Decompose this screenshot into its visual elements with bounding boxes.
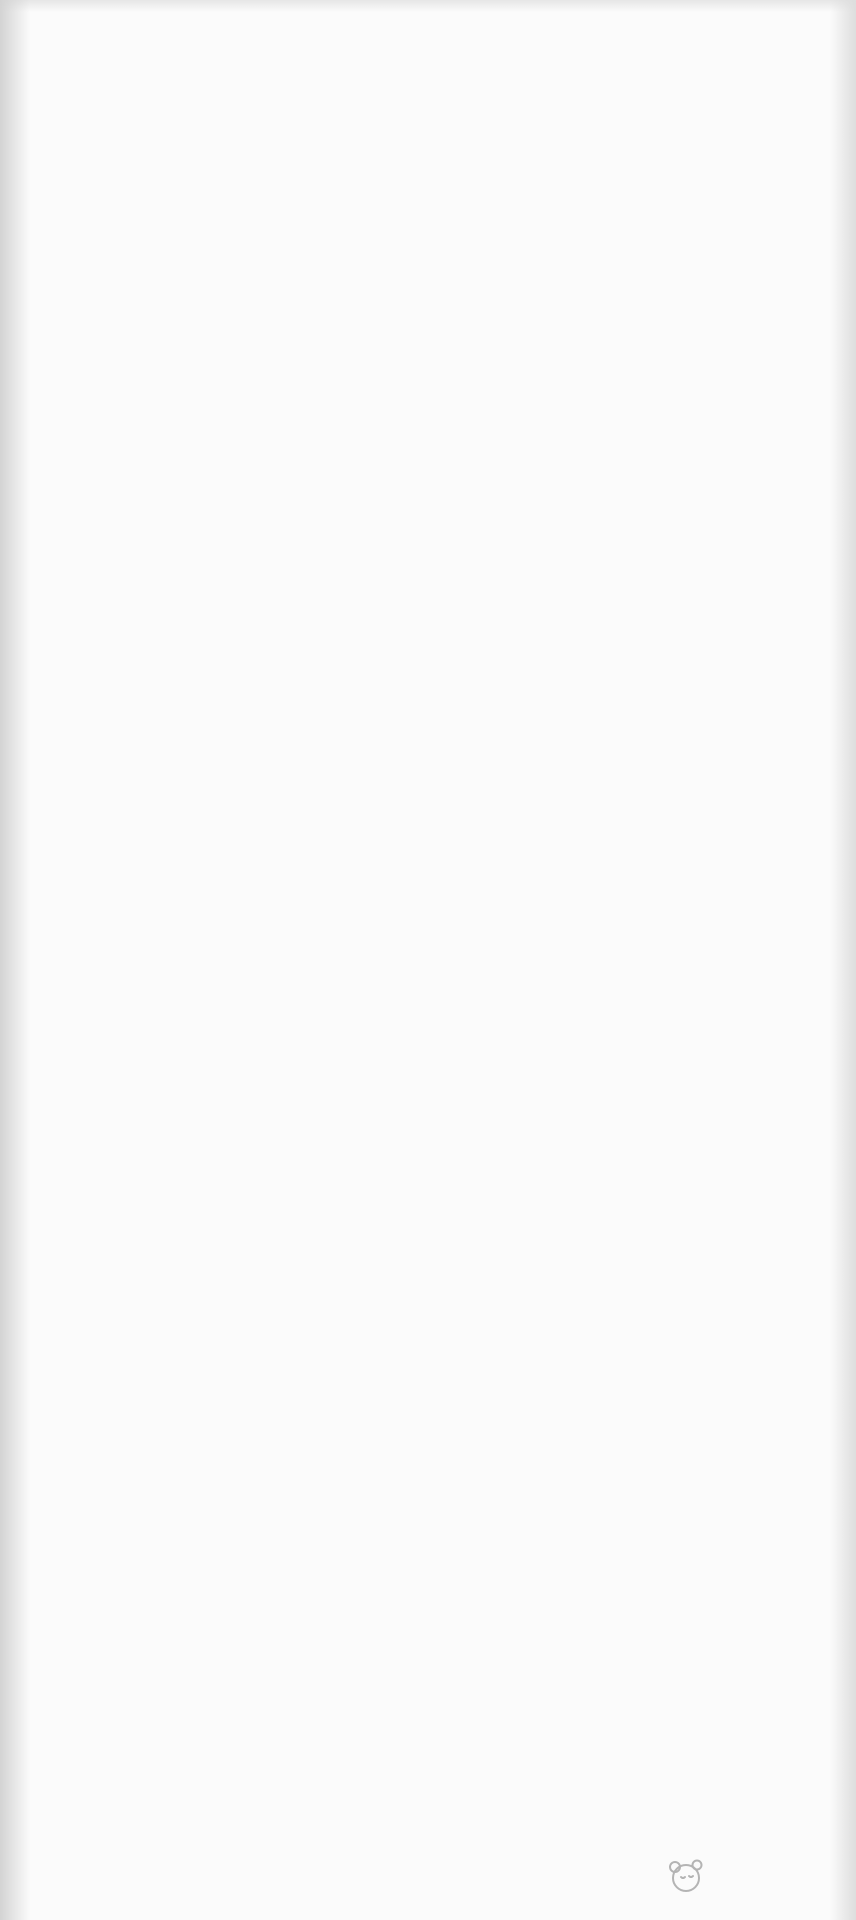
page-edge-shade-top: [0, 0, 856, 12]
watermark: [664, 1856, 713, 1894]
page-edge-shade-right: [830, 0, 856, 1920]
contact-section: [85, 1261, 773, 1298]
panda-sketch-icon: [664, 1856, 706, 1894]
document-footer: [300, 1771, 760, 1781]
document-page: [0, 0, 856, 1920]
page-edge-shade-left: [0, 0, 30, 1920]
